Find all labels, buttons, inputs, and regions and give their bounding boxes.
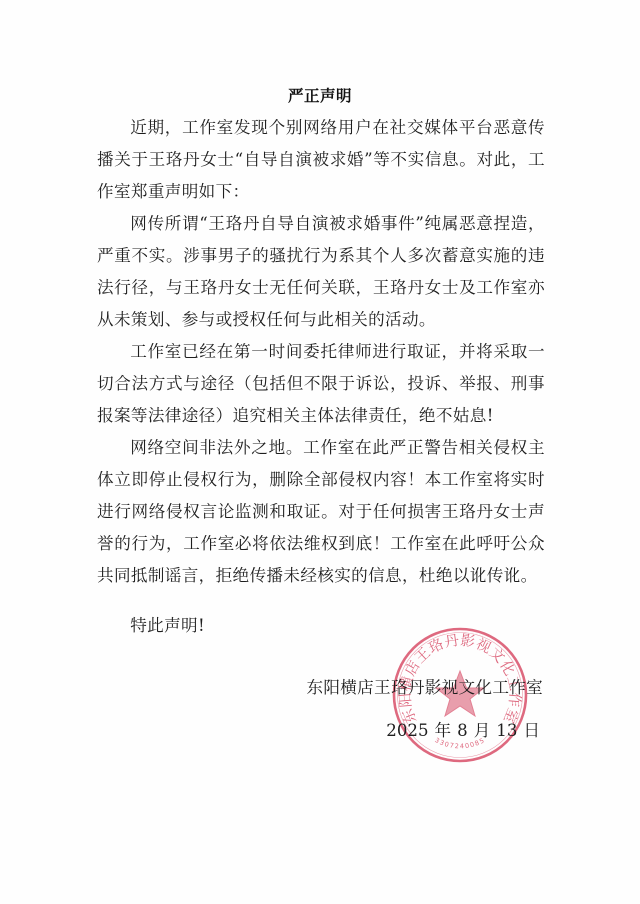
document-title: 严正声明 — [0, 84, 640, 106]
date-day-unit: 日 — [523, 721, 540, 740]
paragraph-intro: 近期，工作室发现个别网络用户在社交媒体平台恶意传播关于王珞丹女士“自导自演被求婚… — [97, 112, 545, 208]
issuer-signature: 东阳横店王珞丹影视文化工作室 — [306, 674, 543, 698]
date-year-unit: 年 — [435, 721, 452, 740]
issue-date: 2025年8月13日 — [383, 717, 543, 741]
document-body: 近期，工作室发现个别网络用户在社交媒体平台恶意传播关于王珞丹女士“自导自演被求婚… — [97, 112, 545, 642]
date-month-unit: 月 — [474, 721, 491, 740]
paragraph-legal-action: 工作室已经在第一时间委托律师进行取证，并将采取一切合法方式与途径（包括但不限于诉… — [97, 336, 545, 432]
date-year: 2025 — [386, 721, 428, 740]
document-page: 严正声明 近期，工作室发现个别网络用户在社交媒体平台恶意传播关于王珞丹女士“自导… — [0, 0, 640, 904]
paragraph-warning: 网络空间非法外之地。工作室在此严正警告相关侵权主体立即停止侵权行为，删除全部侵权… — [97, 432, 545, 592]
date-day: 13 — [496, 721, 517, 740]
paragraph-rebuttal: 网传所谓“王珞丹自导自演被求婚事件”纯属恶意捏造，严重不实。涉事男子的骚扰行为系… — [97, 208, 545, 336]
date-month: 8 — [457, 721, 468, 740]
